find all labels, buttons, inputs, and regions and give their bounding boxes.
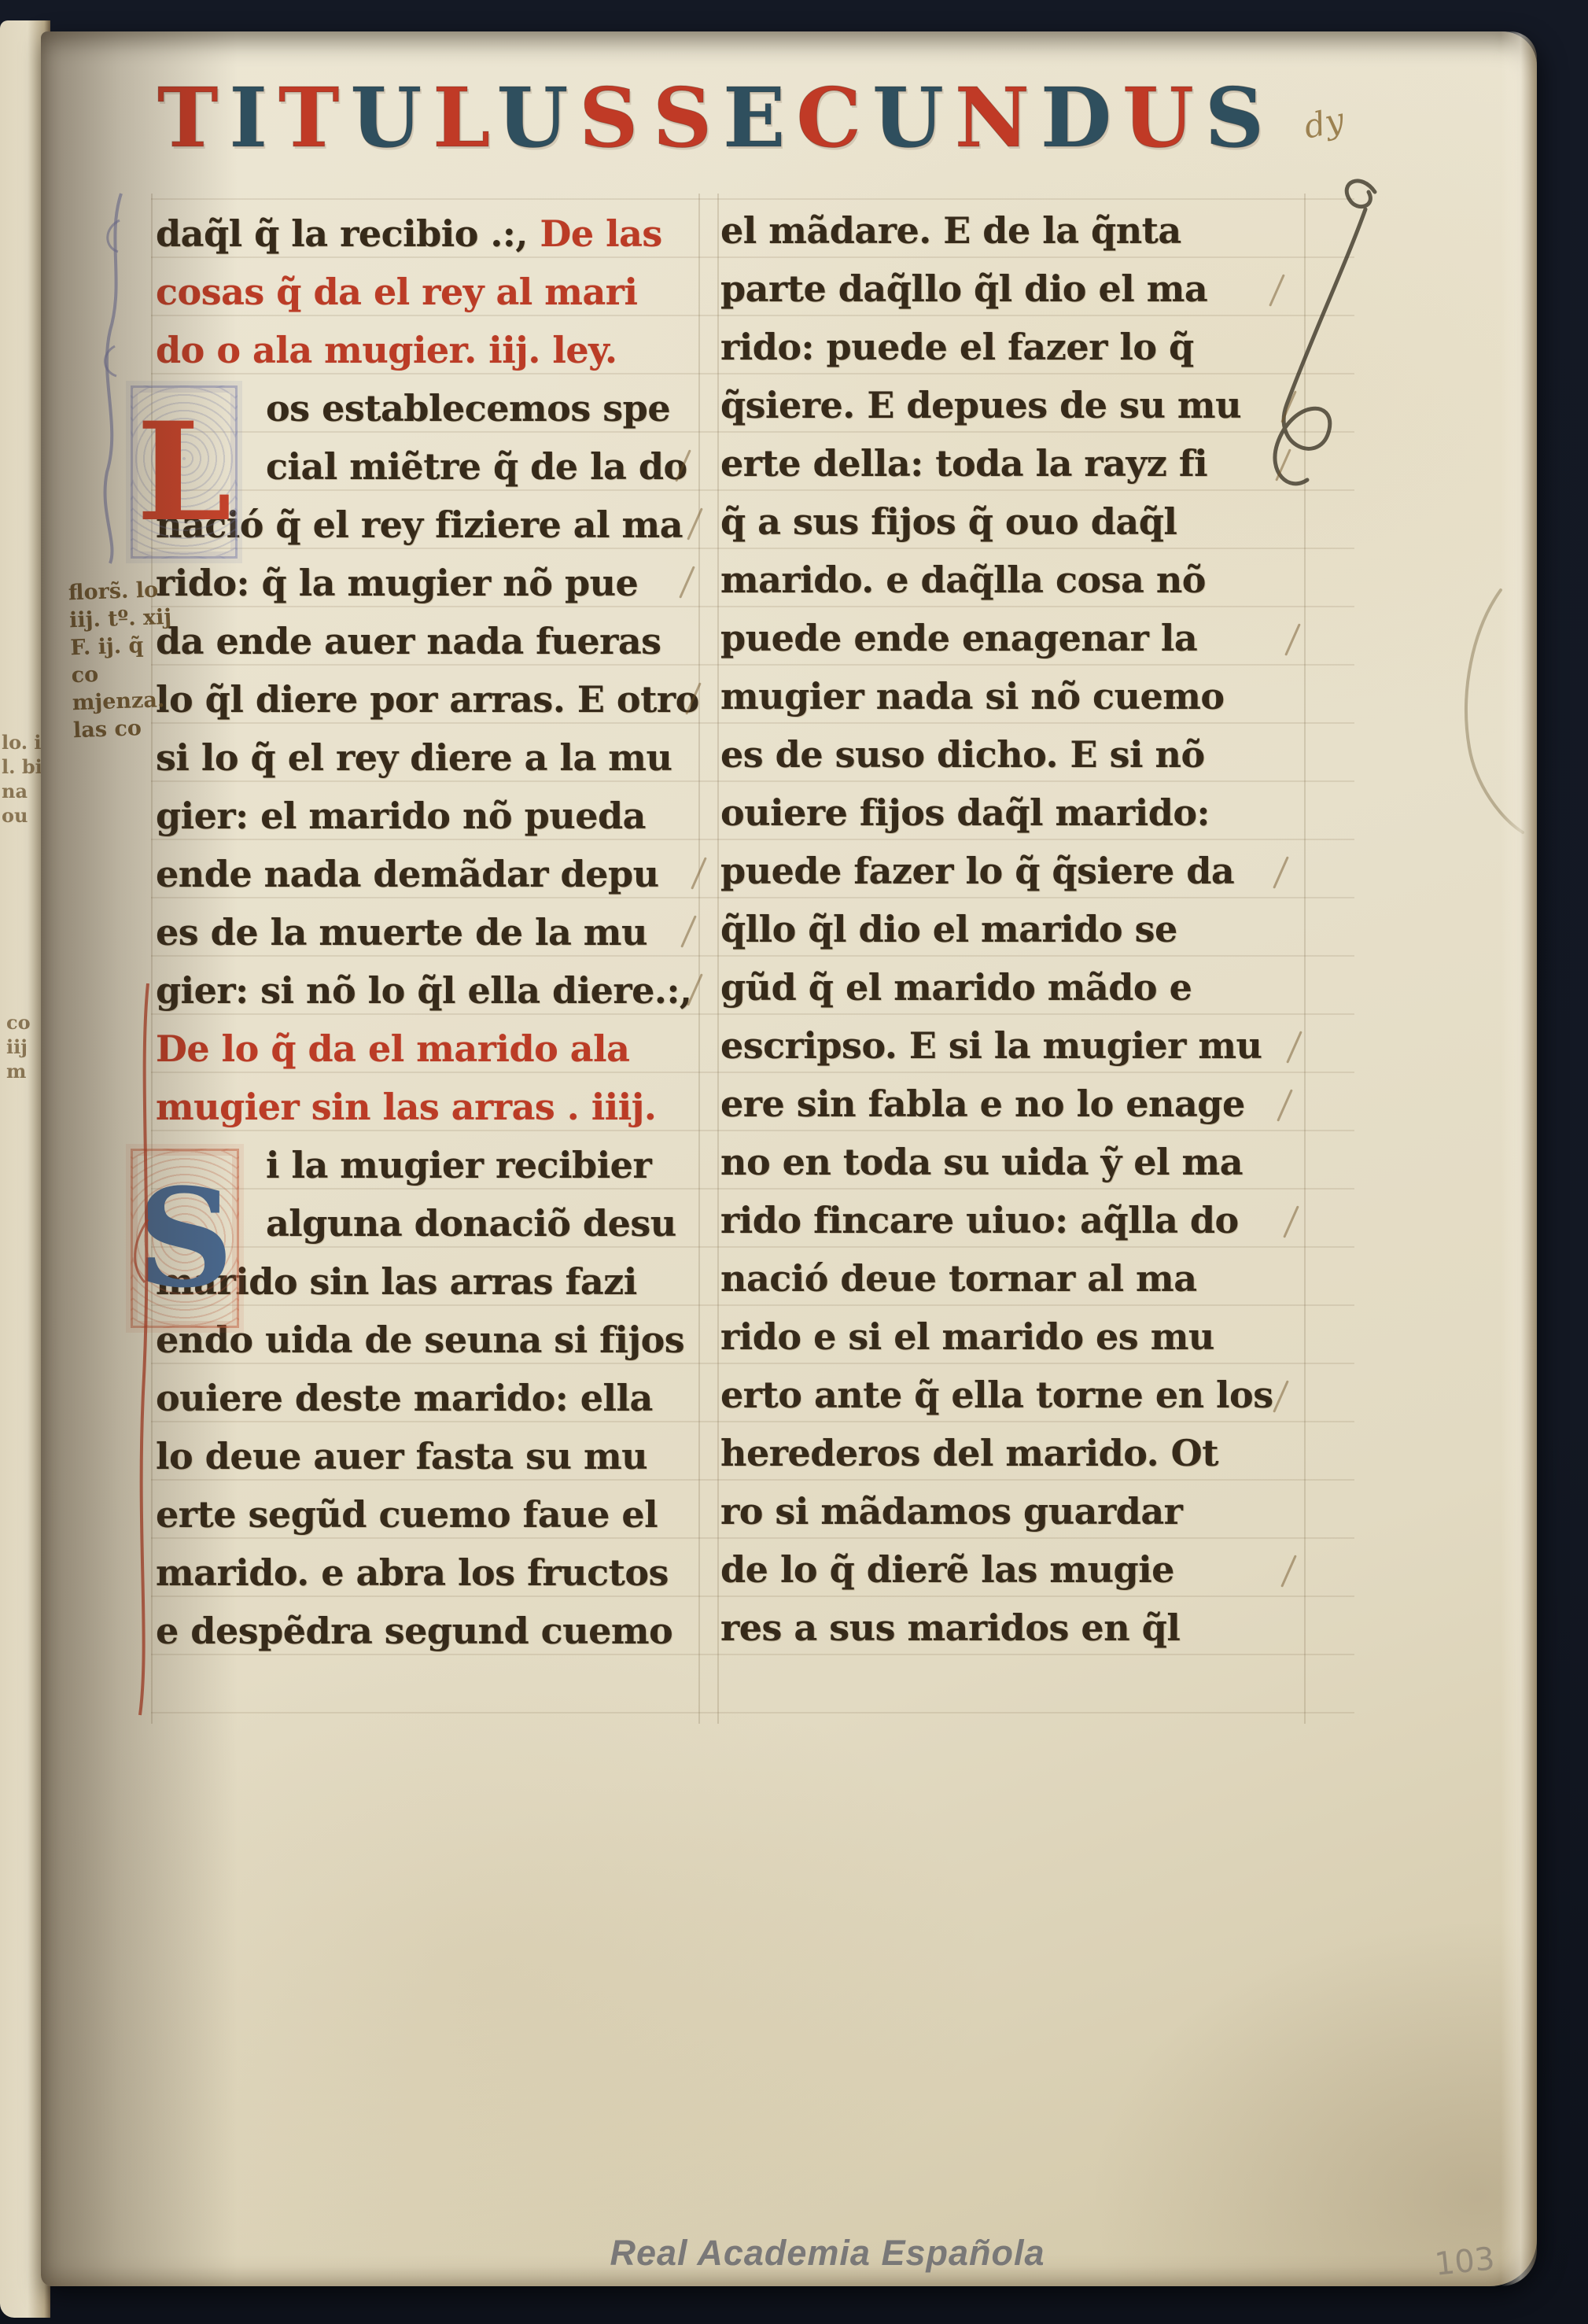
rubric-text: do o ala mugier. iij. ley. [156,329,617,371]
body-text: si lo q̃ el rey diere a la mu [156,736,672,779]
body-text: ouiere fijos daq̃l marido: [720,791,1210,834]
body-text: nació deue tornar al ma [720,1257,1197,1300]
header-letter: U [350,69,433,166]
text-line: daq̃l q̃ la recibio .:, De las [156,206,706,264]
initial-letter: S [136,1171,234,1306]
text-line: rido fincare uiuo: aq̃lla do [720,1193,1310,1251]
body-text: de lo q̃ dierẽ las mugie [720,1548,1174,1591]
folio-number: 103 [1433,2241,1497,2283]
body-text: daq̃l q̃ la recibio .:, [156,212,528,255]
body-text: lo q̃l diere por arras. E otro [156,678,699,721]
header-letter: L [433,69,496,166]
margin-note-line: flors̃. lo [68,576,171,607]
body-text: gũd q̃ el marido mãdo e [720,966,1192,1009]
text-line: escripso. E si la mugier mu [720,1018,1310,1076]
text-line: si lo q̃ el rey diere a la mu [156,730,706,788]
text-line: mugier nada si nõ cuemo [720,669,1310,727]
text-line: gier: si nõ lo q̃l ella diere.:, [156,963,706,1021]
rubric-text: De las [528,212,662,255]
top-right-ink-mark: dy [1300,100,1347,146]
text-line: q̃llo q̃l dio el marido se [720,902,1310,960]
text-line: cosas q̃ da el rey al mari [156,264,706,323]
text-line: es de la muerte de la mu [156,905,706,963]
drop-cap-initial-S: S [131,1149,239,1328]
text-line: lo q̃l diere por arras. E otro [156,672,706,730]
header-letter: S [653,69,723,166]
body-text: os establecemos spe [266,387,670,430]
text-line: marido. e abra los fructos [156,1545,706,1603]
body-text: ro si mãdamos guardar [720,1490,1182,1533]
margin-note: flors̃. loiij. tº. xijF. ij. q̃ comjenza… [68,576,175,744]
body-text: q̃siere. E depues de su mu [720,384,1241,426]
body-text: ouiere deste marido: ella [156,1377,653,1419]
text-column-left: daq̃l q̃ la recibio .:, De lascosas q̃ d… [156,206,706,1662]
header-word-secundus: SECUNDUS [653,71,1275,173]
text-line: marido. e daq̃lla cosa nõ [720,552,1310,611]
header-letter: S [1205,69,1275,166]
text-line: el mãdare. E de la q̃nta [720,203,1310,261]
body-text: es de la muerte de la mu [156,911,647,954]
text-line: ere sin fabla e no lo enage [720,1076,1310,1134]
text-line: parte daq̃llo q̃l dio el ma [720,261,1310,319]
text-line: puede fazer lo q̃ q̃siere da [720,843,1310,902]
header-letter: E [723,69,796,166]
body-text: rido fincare uiuo: aq̃lla do [720,1199,1239,1241]
body-text: rido: q̃ la mugier nõ pue [156,562,638,604]
header-letter: U [497,69,580,166]
body-text: alguna donaciõ desu [266,1202,676,1245]
body-text: parte daq̃llo q̃l dio el ma [720,267,1207,310]
body-text: da ende auer nada fueras [156,620,661,662]
text-line: da ende auer nada fueras [156,614,706,672]
body-text: no en toda su uida ỹ el ma [720,1141,1243,1183]
initial-letter: L [137,404,232,540]
text-line: nació q̃ el rey fiziere al ma [156,497,706,555]
body-text: herederos del marido. Ot [720,1432,1218,1474]
fore-edge-highlight [1501,31,1537,2286]
text-line: q̃ a sus fijos q̃ ouo daq̃l [720,494,1310,552]
margin-note-line: las co [72,714,175,745]
margin-note-line: mjenza. [72,686,175,717]
text-line: ouiere deste marido: ella [156,1370,706,1429]
drop-cap-initial-L: L [131,385,238,559]
text-line: gũd q̃ el marido mãdo e [720,960,1310,1018]
header-letter: T [157,69,229,166]
body-text: el mãdare. E de la q̃nta [720,209,1181,252]
body-text: gier: el marido nõ pueda [156,795,646,837]
text-line: erto ante q̃ ella torne en los [720,1367,1310,1426]
text-line: rido: q̃ la mugier nõ pue [156,555,706,614]
text-line: ro si mãdamos guardar [720,1484,1310,1542]
body-text: es de suso dicho. E si nõ [720,733,1205,776]
header-word-titulus: TITULUS [157,71,649,173]
body-text: marido. e daq̃lla cosa nõ [720,559,1206,601]
text-line: erte della: toda la rayz fi [720,436,1310,494]
text-line: q̃siere. E depues de su mu [720,378,1310,436]
body-text: lo deue auer fasta su mu [156,1435,647,1477]
header-letter: N [955,69,1041,166]
body-text: i la mugier recibier [266,1144,651,1186]
header-letter: I [229,69,278,166]
header-letter: D [1041,69,1122,166]
text-line: res a sus maridos en q̃l [720,1600,1310,1658]
text-line: puede ende enagenar la [720,611,1310,669]
header-letter: S [579,69,649,166]
text-line: de lo q̃ dierẽ las mugie [720,1542,1310,1600]
body-text: erto ante q̃ ella torne en los [720,1374,1273,1416]
text-line: no en toda su uida ỹ el ma [720,1134,1310,1193]
rubric-text: mugier sin las arras . iiij. [156,1086,656,1128]
header-letter: C [796,69,872,166]
margin-note-line: F. ij. q̃ co [70,631,174,689]
header-letter: U [1122,69,1205,166]
text-line: e despẽdra segund cuemo [156,1603,706,1662]
text-line: erte segũd cuemo faue el [156,1487,706,1545]
text-line: nació deue tornar al ma [720,1251,1310,1309]
body-text: e despẽdra segund cuemo [156,1610,672,1652]
text-line: rido: puede el fazer lo q̃ [720,319,1310,378]
margin-note-line: co [6,1010,31,1035]
edge-note-fragment: coiijm [6,1010,31,1083]
text-line: herederos del marido. Ot [720,1426,1310,1484]
body-text: q̃llo q̃l dio el marido se [720,908,1177,950]
body-text: rido: puede el fazer lo q̃ [720,326,1194,368]
manuscript-page: TITULUS SECUNDUS daq̃l q̃ la recibio .:,… [41,31,1537,2286]
body-text: q̃ a sus fijos q̃ ouo daq̃l [720,500,1177,543]
margin-note-line: iij. tº. xij [69,603,172,635]
body-text: rido e si el marido es mu [720,1315,1214,1358]
body-text: escripso. E si la mugier mu [720,1024,1262,1067]
margin-note-line: m [6,1059,31,1083]
ruling-vertical [717,194,719,1724]
text-line: gier: el marido nõ pueda [156,788,706,847]
header-letter: T [278,69,350,166]
text-line: mugier sin las arras . iiij. [156,1079,706,1138]
text-column-right: el mãdare. E de la q̃ntaparte daq̃llo q̃… [720,203,1310,1658]
body-text: erte segũd cuemo faue el [156,1493,658,1536]
text-line: lo deue auer fasta su mu [156,1429,706,1487]
scan-background: lo. iijl. bijnaou coiijm TITULUS SECUNDU… [0,0,1588,2324]
pen-flourish-mark [1425,582,1535,850]
body-text: mugier nada si nõ cuemo [720,675,1225,717]
body-text: res a sus maridos en q̃l [720,1607,1180,1649]
body-text: gier: si nõ lo q̃l ella diere.:, [156,969,691,1012]
text-line: os establecemos spe [156,381,706,439]
body-text: erte della: toda la rayz fi [720,442,1207,485]
watermark: Real Academia Española [481,2233,1173,2274]
rubric-text: cosas q̃ da el rey al mari [156,271,637,313]
text-line: ouiere fijos daq̃l marido: [720,785,1310,843]
margin-note-line: iij [6,1035,31,1059]
body-text: puede ende enagenar la [720,617,1197,659]
text-line: rido e si el marido es mu [720,1309,1310,1367]
body-text: marido. e abra los fructos [156,1551,669,1594]
text-line: es de suso dicho. E si nõ [720,727,1310,785]
body-text: ere sin fabla e no lo enage [720,1083,1245,1125]
body-text: puede fazer lo q̃ q̃siere da [720,850,1234,892]
text-line: ende nada demãdar depu [156,847,706,905]
body-text: ende nada demãdar depu [156,853,659,895]
header-letter: U [872,69,955,166]
rubric-text: De lo q̃ da el marido ala [156,1027,629,1070]
text-line: do o ala mugier. iij. ley. [156,323,706,381]
text-line: cial miẽtre q̃ de la do [156,439,706,497]
text-line: De lo q̃ da el marido ala [156,1021,706,1079]
body-text: cial miẽtre q̃ de la do [266,445,687,488]
